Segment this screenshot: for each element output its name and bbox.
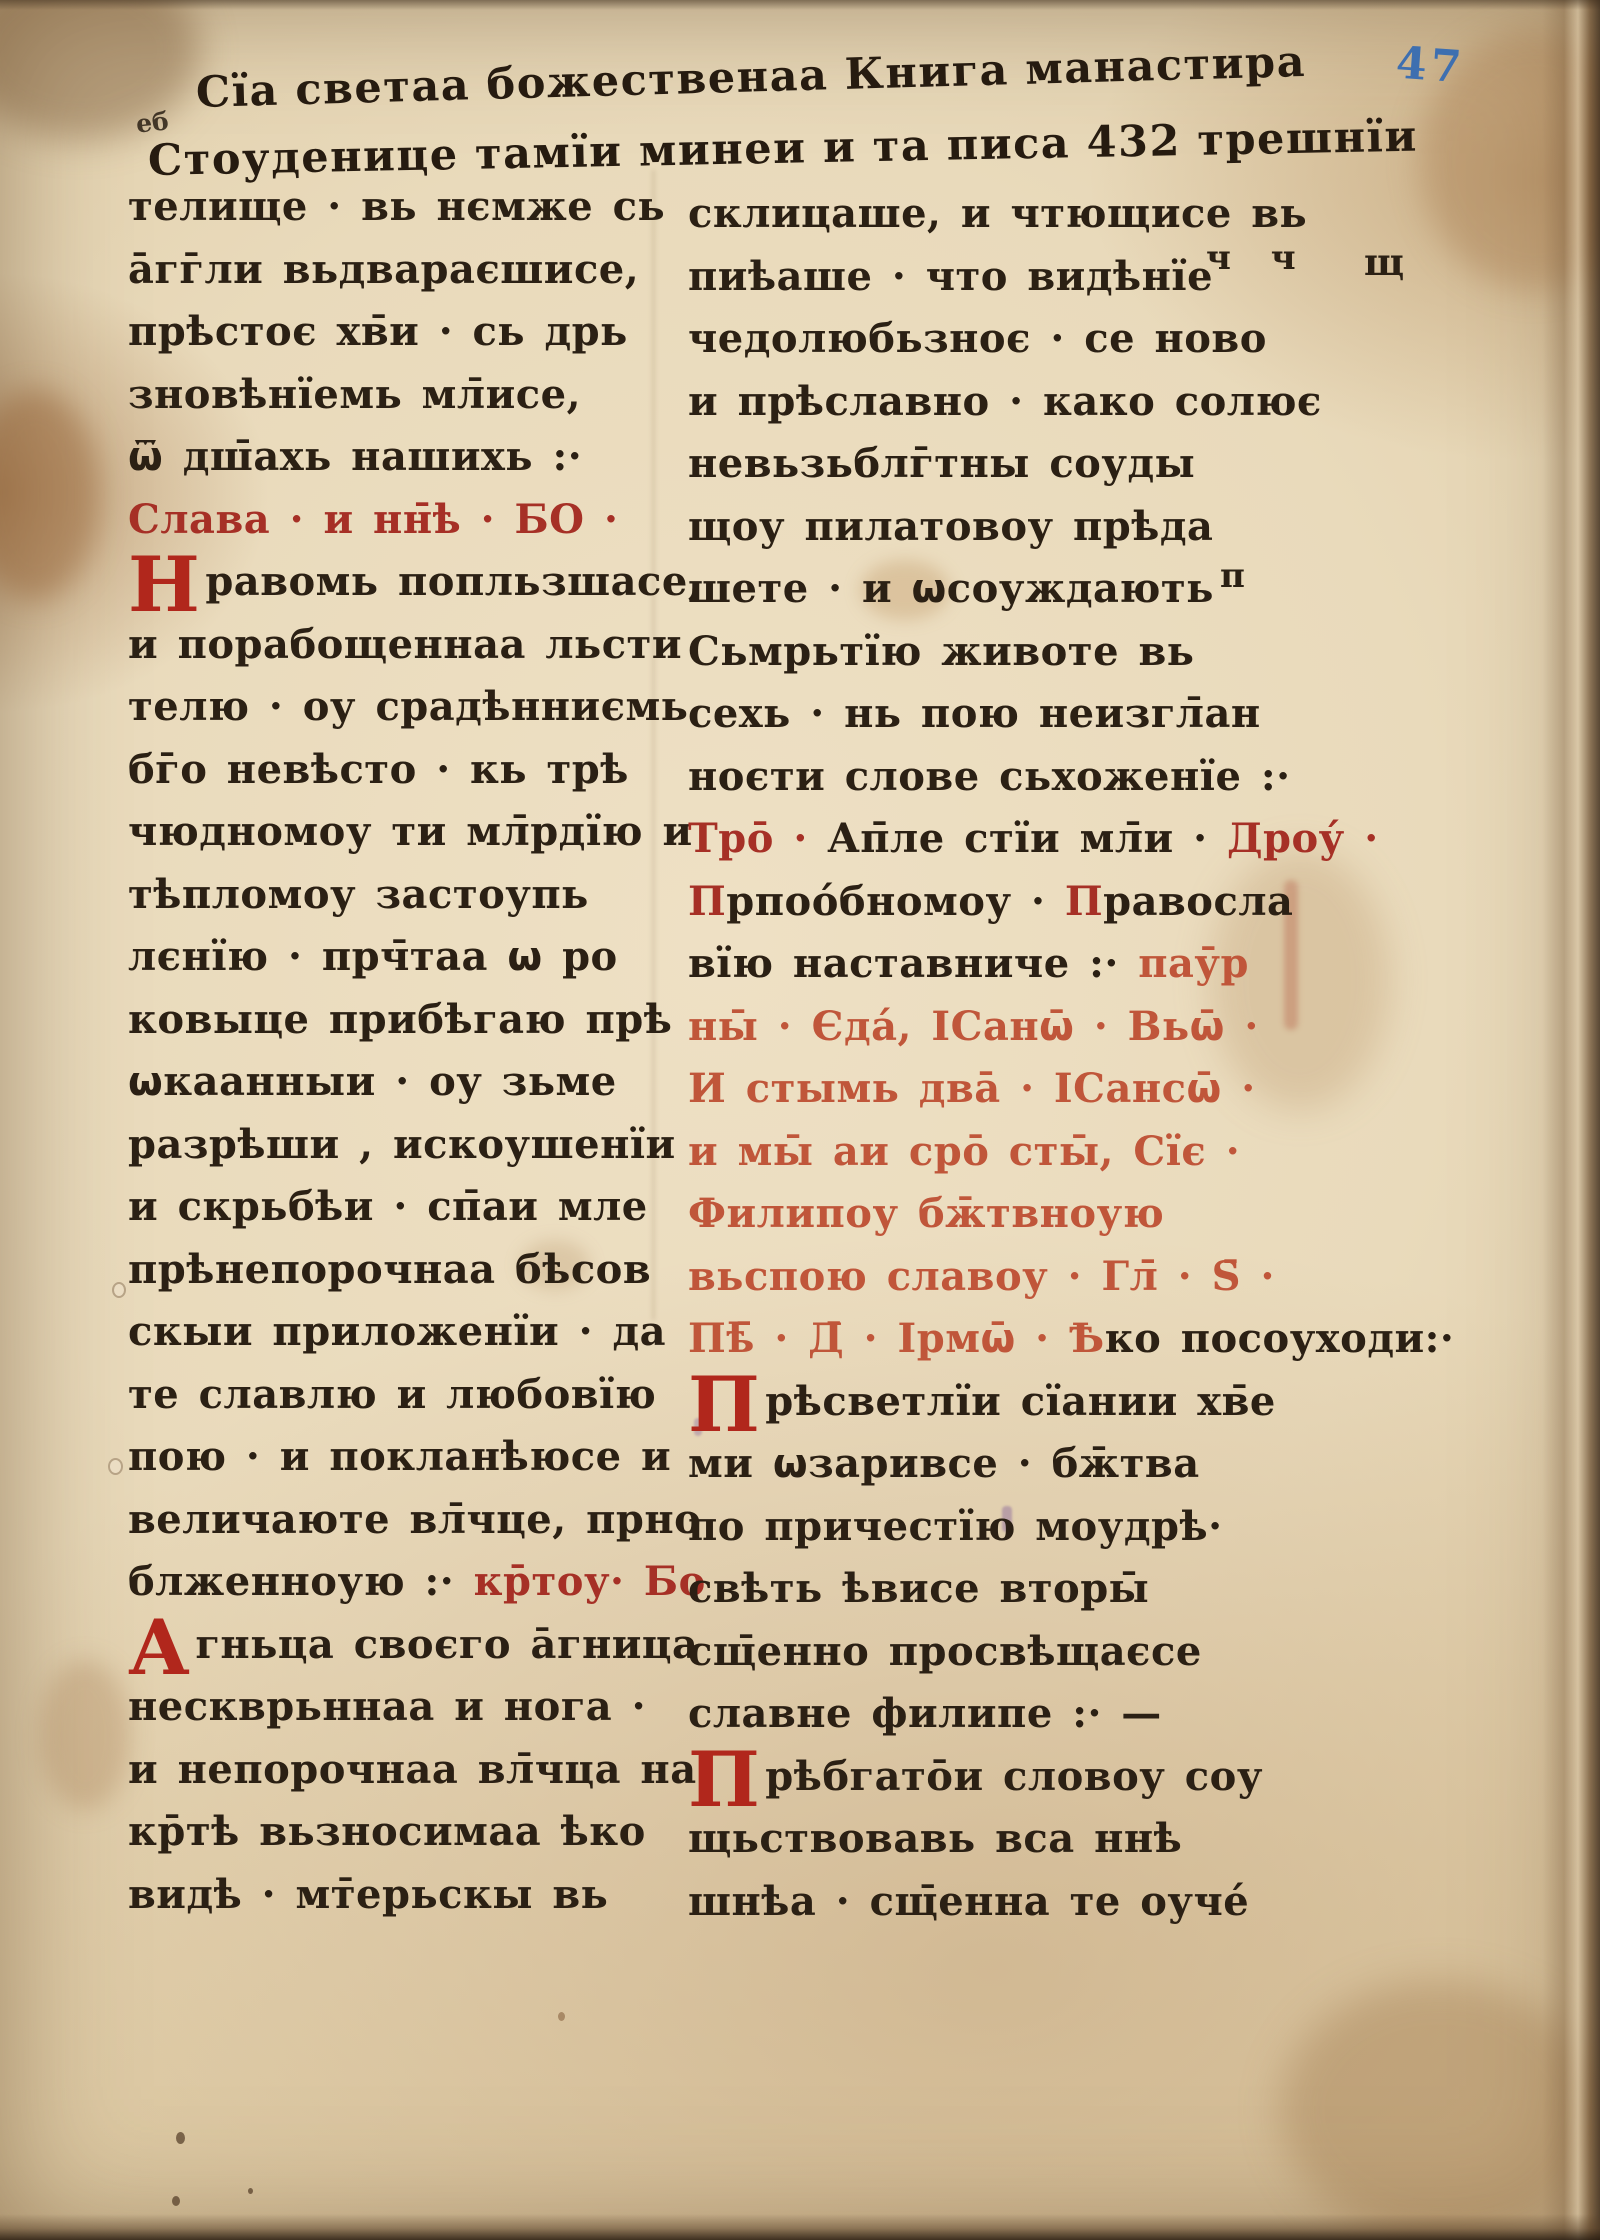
text-segment: по причестїю моудрѣ· [688,1503,1223,1550]
ink-speck [558,2012,565,2021]
text-line: чюдномоу ти мл̄рдїю и [128,808,706,871]
text-segment: лєнїю · прч̄таа ѡ ро [128,933,618,980]
text-segment: рѣсветлїи сїании хв̄е [765,1378,1276,1425]
text-segment: Сьмрьтїю животе вь [688,628,1194,675]
text-segment: ѡкаанныи · оу зьме [128,1058,617,1105]
text-line: ны̄ · Єда́, ІСанѡ̄ · Вьѡ̄ · [688,1003,1454,1066]
text-line: Прѣбгато̄и словоу соу [688,1753,1454,1816]
text-segment: пою · и покланѣюсе и [128,1433,671,1480]
text-line: Филипоу бж̄твноую [688,1190,1454,1253]
text-segment: ны̄ · Єда́, ІСанѡ̄ · Вьѡ̄ · [688,1003,1259,1050]
stain [0,390,100,600]
text-line: Слава · и нн̄ѣ · БО · [128,496,706,559]
text-line: Сьмрьтїю животе вь [688,628,1454,691]
text-segment: вїю наставниче :· [688,940,1138,987]
text-line: пою · и покланѣюсе и [128,1433,706,1496]
text-line: кр̄тѣ вьзносимаа ѣко [128,1808,706,1871]
text-segment: блженноую :· [128,1558,474,1605]
ink-speck [172,2196,180,2206]
right-text-column: склицаше, и чтющисе вьпиѣаше · что видѣн… [688,190,1454,1940]
text-line: тѣпломоу застоупь [128,871,706,934]
text-line: лєнїю · прч̄таа ѡ ро [128,933,706,996]
text-segment: щьствовавь вса ннѣ [688,1815,1182,1862]
ownership-inscription-line-2: Стоуденице тамїи минеи и та писа 432 тре… [148,112,1419,186]
text-segment: Слава · и нн̄ѣ · БО · [128,496,618,543]
text-segment: ковыце прибѣгаю прѣ [128,996,672,1043]
text-segment: и прѣславно · како солює [688,378,1322,425]
text-segment: свѣть ѣвисе вторы̄ [688,1565,1149,1612]
parchment-pore [112,1282,126,1298]
text-line: Агньца своєго а̄гница [128,1621,706,1684]
text-line: сщ̄енно просвѣщаєсе [688,1628,1454,1691]
text-line: славне филипе :· — [688,1690,1454,1753]
stain [40,1660,130,1810]
text-line: телище · вь нємже сь [128,183,706,246]
ink-speck [248,2188,253,2194]
rubric-initial: П [688,1760,760,1800]
ownership-inscription-line-1: Сїа светаа божественаа Книга манастира [195,37,1306,118]
text-segment: ко посоуходи:· [1105,1315,1455,1362]
text-segment: Филипоу бж̄твноую [688,1190,1164,1237]
text-line: и непорочнаа вл̄чца на [128,1746,706,1809]
text-segment: П [688,878,726,925]
text-segment: Тро̄ · [688,815,827,862]
text-segment: Пѣ̄ · Д̄ · Ірмѡ̄ · Ѣ [688,1315,1105,1362]
text-segment: паӯр [1138,940,1249,987]
manuscript-page: 47 еб Сїа светаа божественаа Книга манас… [0,0,1600,2240]
parchment-pore [108,1458,123,1475]
rubric-initial: Н [128,565,200,605]
text-line: прѣнепорочнаа бѣсов [128,1246,706,1309]
text-segment: и непорочнаа вл̄чца на [128,1746,697,1793]
header-margin-mark: еб [135,106,170,138]
text-segment: прѣнепорочнаа бѣсов [128,1246,651,1293]
text-line: скыи приложенїи · да [128,1308,706,1371]
text-line: видѣ · мт̄ерьскы вь [128,1871,706,1934]
text-line: склицаше, и чтющисе вь [688,190,1454,253]
text-line: разрѣши , искоушенїи [128,1121,706,1184]
text-line: и мы̄ аи сро̄ сты̄, Сїє · [688,1128,1454,1191]
text-line: шнѣа · сщ̄енна те оуче́ [688,1878,1454,1941]
text-line: прѣстоє хв̄и · сь дрь [128,308,706,371]
text-segment: равомь попльзшасе, [205,558,702,605]
rubric-initial: А [128,1628,190,1668]
text-line: невьзьблг̄тны соуды [688,440,1454,503]
text-line: нескврьннаа и нога · [128,1683,706,1746]
text-segment: Ап̄ле стїи мл̄и · [827,815,1227,862]
text-segment: Дроу́ · [1227,815,1379,862]
text-line: а̄гг̄ли вьдвараєшисе, [128,246,706,309]
text-segment: шете · и ѡсоуждають [688,565,1214,612]
text-line: бг̄о невѣсто · кь трѣ [128,746,706,809]
ink-speck [176,2132,185,2144]
text-line: ѿ дш̄ахь нашихь :· [128,433,706,496]
text-segment: рпоо́бномоу · [726,878,1065,925]
text-segment: видѣ · мт̄ерьскы вь [128,1871,608,1918]
stain [0,0,200,140]
text-line: сехь · нь пою неизгл̄ан [688,690,1454,753]
text-line: те славлю и любовїю [128,1371,706,1434]
text-segment: разрѣши , искоушенїи [128,1121,676,1168]
text-line: блженноую :· кр̄тоу· Бо [128,1558,706,1621]
text-segment: П [1065,878,1103,925]
text-line: телю · оу срадѣнниємь [128,683,706,746]
photo-top-shadow [0,0,1600,10]
text-segment: славне филипе :· — [688,1690,1162,1737]
text-segment: величаюте вл̄чце, прно [128,1496,701,1543]
text-segment: тѣпломоу застоупь [128,871,589,918]
text-segment: гньца своєго а̄гница [195,1621,698,1668]
text-line: Тро̄ · Ап̄ле стїи мл̄и · Дроу́ · [688,815,1454,878]
text-segment: рѣбгато̄и словоу соу [765,1753,1263,1800]
text-segment: ѿ дш̄ахь нашихь :· [128,433,582,480]
text-line: Нравомь попльзшасе, [128,558,706,621]
text-segment: чюдномоу ти мл̄рдїю и [128,808,693,855]
text-segment: и мы̄ аи сро̄ сты̄, Сїє · [688,1128,1240,1175]
text-segment: зновѣнїемь мл̄исе, [128,371,581,418]
text-line: ѡкаанныи · оу зьме [128,1058,706,1121]
left-text-column: телище · вь нємже сьа̄гг̄ли вьдвараєшисе… [128,183,706,1933]
text-line: пиѣаше · что видѣнїе [688,253,1454,316]
page-stack-edge [1542,0,1600,2240]
text-line: ковыце прибѣгаю прѣ [128,996,706,1059]
text-segment: щоу пилатовоу прѣда [688,503,1213,550]
text-segment: бг̄о невѣсто · кь трѣ [128,746,629,793]
text-line: ми ѡзаривсе · бж̄тва [688,1440,1454,1503]
text-segment: те славлю и любовїю [128,1371,656,1418]
text-segment: И стымь два̄ · ІСансѡ̄ · [688,1065,1256,1112]
text-segment: телю · оу срадѣнниємь [128,683,688,730]
text-line: и скрьбѣи · сп̄аи мле [128,1183,706,1246]
text-segment: и порабощеннаа льсти [128,621,682,668]
text-line: Прпоо́бномоу · Правосла [688,878,1454,941]
text-line: шете · и ѡсоуждають [688,565,1454,628]
text-segment: чедолюбьзноє · се ново [688,315,1267,362]
stain [1280,1980,1600,2240]
text-segment: склицаше, и чтющисе вь [688,190,1307,237]
text-line: И стымь два̄ · ІСансѡ̄ · [688,1065,1454,1128]
text-segment: прѣстоє хв̄и · сь дрь [128,308,628,355]
text-segment: ми ѡзаривсе · бж̄тва [688,1440,1200,1487]
text-segment: кр̄тѣ вьзносимаа ѣко [128,1808,646,1855]
text-line: величаюте вл̄чце, прно [128,1496,706,1559]
text-segment: сщ̄енно просвѣщаєсе [688,1628,1202,1675]
folio-number: 47 [1394,38,1467,94]
text-segment: и скрьбѣи · сп̄аи мле [128,1183,648,1230]
text-line: щьствовавь вса ннѣ [688,1815,1454,1878]
rubric-initial: П [688,1385,760,1425]
text-segment: шнѣа · сщ̄енна те оуче́ [688,1878,1249,1925]
text-segment: кр̄тоу· Бо [474,1558,706,1605]
text-line: Пѣ̄ · Д̄ · Ірмѡ̄ · Ѣко посоуходи:· [688,1315,1454,1378]
text-line: ноєти слове сьхоженїе :· [688,753,1454,816]
text-segment: а̄гг̄ли вьдвараєшисе, [128,246,639,293]
text-segment: вьспою славоу · Гл̄ · Ѕ̄ · [688,1253,1275,1300]
text-line: Прѣсветлїи сїании хв̄е [688,1378,1454,1441]
text-segment: равосла [1103,878,1293,925]
text-segment: невьзьблг̄тны соуды [688,440,1195,487]
text-segment: скыи приложенїи · да [128,1308,666,1355]
text-line: и прѣславно · како солює [688,378,1454,441]
text-line: чедолюбьзноє · се ново [688,315,1454,378]
text-line: вьспою славоу · Гл̄ · Ѕ̄ · [688,1253,1454,1316]
text-segment: телище · вь нємже сь [128,183,665,230]
text-segment: пиѣаше · что видѣнїе [688,253,1213,300]
text-line: щоу пилатовоу прѣда [688,503,1454,566]
text-line: и порабощеннаа льсти [128,621,706,684]
text-segment: сехь · нь пою неизгл̄ан [688,690,1261,737]
text-segment: ноєти слове сьхоженїе :· [688,753,1291,800]
text-segment: нескврьннаа и нога · [128,1683,646,1730]
text-line: свѣть ѣвисе вторы̄ [688,1565,1454,1628]
photo-bottom-shadow [0,2214,1600,2240]
text-line: зновѣнїемь мл̄исе, [128,371,706,434]
text-line: по причестїю моудрѣ· [688,1503,1454,1566]
text-line: вїю наставниче :· паӯр [688,940,1454,1003]
